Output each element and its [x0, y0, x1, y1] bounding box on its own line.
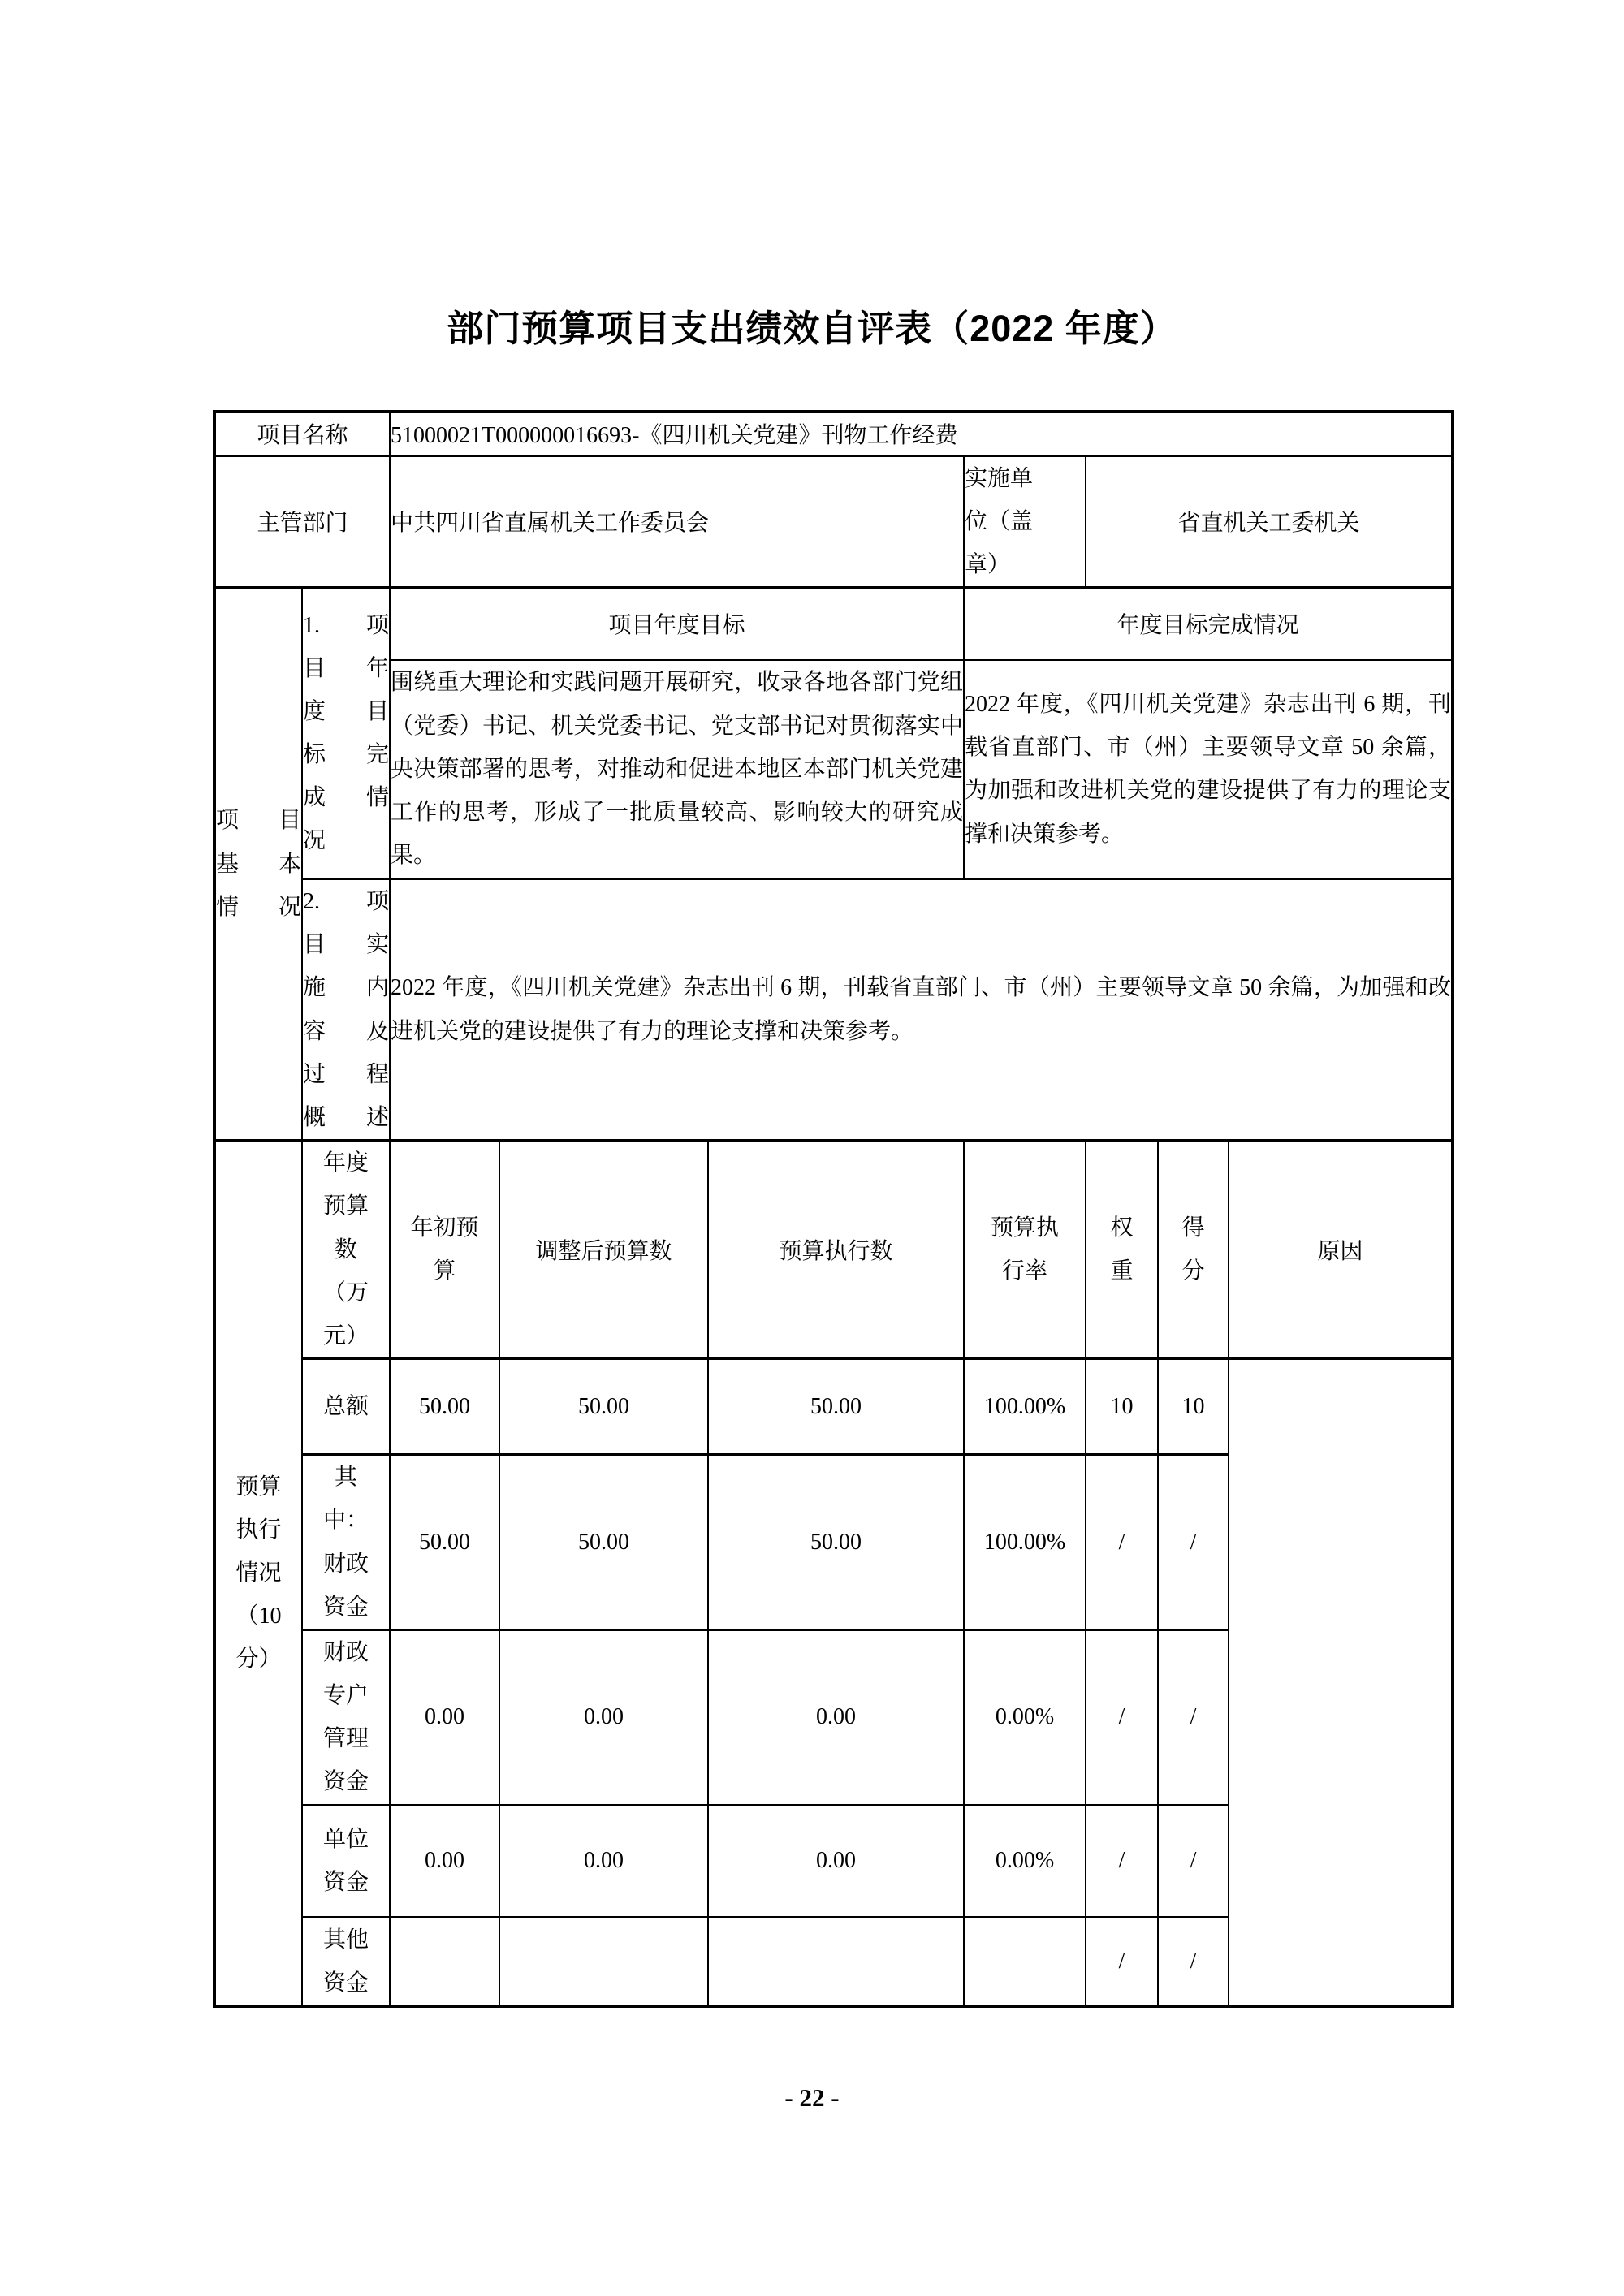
table-row: 主管部门 中共四川省直属机关工作委员会 实施单 位（盖 章） 省直机关工委机关	[214, 455, 1453, 588]
budget-col-header-score: 得 分	[1158, 1141, 1229, 1359]
budget-row-label: 财政 专户 管理 资金	[302, 1629, 390, 1805]
budget-row-label: 总额	[302, 1359, 390, 1455]
supervisor-dept-label: 主管部门	[214, 455, 390, 588]
budget-col-header-annual: 年度 预算 数 （万 元）	[302, 1141, 390, 1359]
goal-completion-header: 年度目标完成情况	[964, 588, 1453, 660]
budget-row-label: 单位 资金	[302, 1805, 390, 1917]
budget-cell-rate	[964, 1917, 1086, 2006]
table-row: 项目名称 51000021T000000016693-《四川机关党建》刊物工作经…	[214, 412, 1453, 455]
budget-cell-initial: 0.00	[390, 1629, 499, 1805]
budget-cell-weight: /	[1086, 1917, 1158, 2006]
budget-col-header-initial: 年初预 算	[390, 1141, 499, 1359]
page-number: - 22 -	[0, 2083, 1624, 2113]
budget-cell-executed: 0.00	[708, 1629, 964, 1805]
budget-cell-weight: /	[1086, 1805, 1158, 1917]
budget-col-header-weight: 权 重	[1086, 1141, 1158, 1359]
budget-cell-adjusted	[499, 1917, 708, 2006]
table-row: 项目 基本 情况 1.项 目年 度目 标完 成情 况 项目年度目标 年度目标完成…	[214, 588, 1453, 660]
budget-cell-rate: 0.00%	[964, 1629, 1086, 1805]
budget-col-header-adjusted: 调整后预算数	[499, 1141, 708, 1359]
budget-cell-rate: 100.00%	[964, 1359, 1086, 1455]
annual-goal-sub-label: 1.项 目年 度目 标完 成情 况	[302, 588, 390, 879]
table-row: 2.项 目实 施内 容及 过程 概述 2022 年度，《四川机关党建》杂志出刊 …	[214, 879, 1453, 1141]
implementing-unit-value: 省直机关工委机关	[1086, 455, 1453, 588]
budget-reason-cell	[1229, 1359, 1453, 2006]
budget-col-header-executed: 预算执行数	[708, 1141, 964, 1359]
goal-completion-text: 2022 年度，《四川机关党建》杂志出刊 6 期，刊载省直部门、市（州）主要领导…	[964, 660, 1453, 879]
budget-cell-adjusted: 0.00	[499, 1629, 708, 1805]
project-name-label: 项目名称	[214, 412, 390, 455]
self-evaluation-table: 项目名称 51000021T000000016693-《四川机关党建》刊物工作经…	[213, 410, 1454, 2008]
budget-cell-initial: 0.00	[390, 1805, 499, 1917]
page-title: 部门预算项目支出绩效自评表（2022 年度）	[0, 299, 1624, 352]
budget-header-row: 预算 执行 情况 （10 分） 年度 预算 数 （万 元） 年初预 算 调整后预…	[214, 1141, 1453, 1359]
budget-row-label: 其他 资金	[302, 1917, 390, 2006]
budget-cell-adjusted: 50.00	[499, 1359, 708, 1455]
budget-col-header-reason: 原因	[1229, 1141, 1453, 1359]
budget-col-header-rate: 预算执 行率	[964, 1141, 1086, 1359]
implementation-text: 2022 年度，《四川机关党建》杂志出刊 6 期，刊载省直部门、市（州）主要领导…	[390, 879, 1453, 1141]
annual-goal-text: 围绕重大理论和实践问题开展研究，收录各地各部门党组（党委）书记、机关党委书记、党…	[390, 660, 964, 879]
budget-cell-weight: /	[1086, 1455, 1158, 1630]
budget-cell-initial: 50.00	[390, 1359, 499, 1455]
budget-cell-weight: 10	[1086, 1359, 1158, 1455]
implementing-unit-label: 实施单 位（盖 章）	[964, 455, 1086, 588]
implementation-sub-label: 2.项 目实 施内 容及 过程 概述	[302, 879, 390, 1141]
budget-cell-adjusted: 50.00	[499, 1455, 708, 1630]
budget-cell-executed	[708, 1917, 964, 2006]
basic-info-section-label: 项目 基本 情况	[214, 588, 302, 1141]
budget-cell-executed: 0.00	[708, 1805, 964, 1917]
budget-cell-initial	[390, 1917, 499, 2006]
budget-cell-score: 10	[1158, 1359, 1229, 1455]
budget-cell-initial: 50.00	[390, 1455, 499, 1630]
budget-cell-executed: 50.00	[708, 1359, 964, 1455]
budget-cell-executed: 50.00	[708, 1455, 964, 1630]
budget-cell-score: /	[1158, 1629, 1229, 1805]
budget-cell-adjusted: 0.00	[499, 1805, 708, 1917]
supervisor-dept-value: 中共四川省直属机关工作委员会	[390, 455, 964, 588]
budget-cell-rate: 100.00%	[964, 1455, 1086, 1630]
budget-cell-score: /	[1158, 1917, 1229, 2006]
budget-cell-rate: 0.00%	[964, 1805, 1086, 1917]
table-row: 围绕重大理论和实践问题开展研究，收录各地各部门党组（党委）书记、机关党委书记、党…	[214, 660, 1453, 879]
annual-goal-header: 项目年度目标	[390, 588, 964, 660]
budget-cell-score: /	[1158, 1455, 1229, 1630]
budget-row-label: 其 中： 财政 资金	[302, 1455, 390, 1630]
budget-row-total: 总额 50.00 50.00 50.00 100.00% 10 10	[214, 1359, 1453, 1455]
budget-cell-score: /	[1158, 1805, 1229, 1917]
budget-cell-weight: /	[1086, 1629, 1158, 1805]
budget-section-label: 预算 执行 情况 （10 分）	[214, 1141, 302, 2006]
project-name-value: 51000021T000000016693-《四川机关党建》刊物工作经费	[390, 412, 1453, 455]
